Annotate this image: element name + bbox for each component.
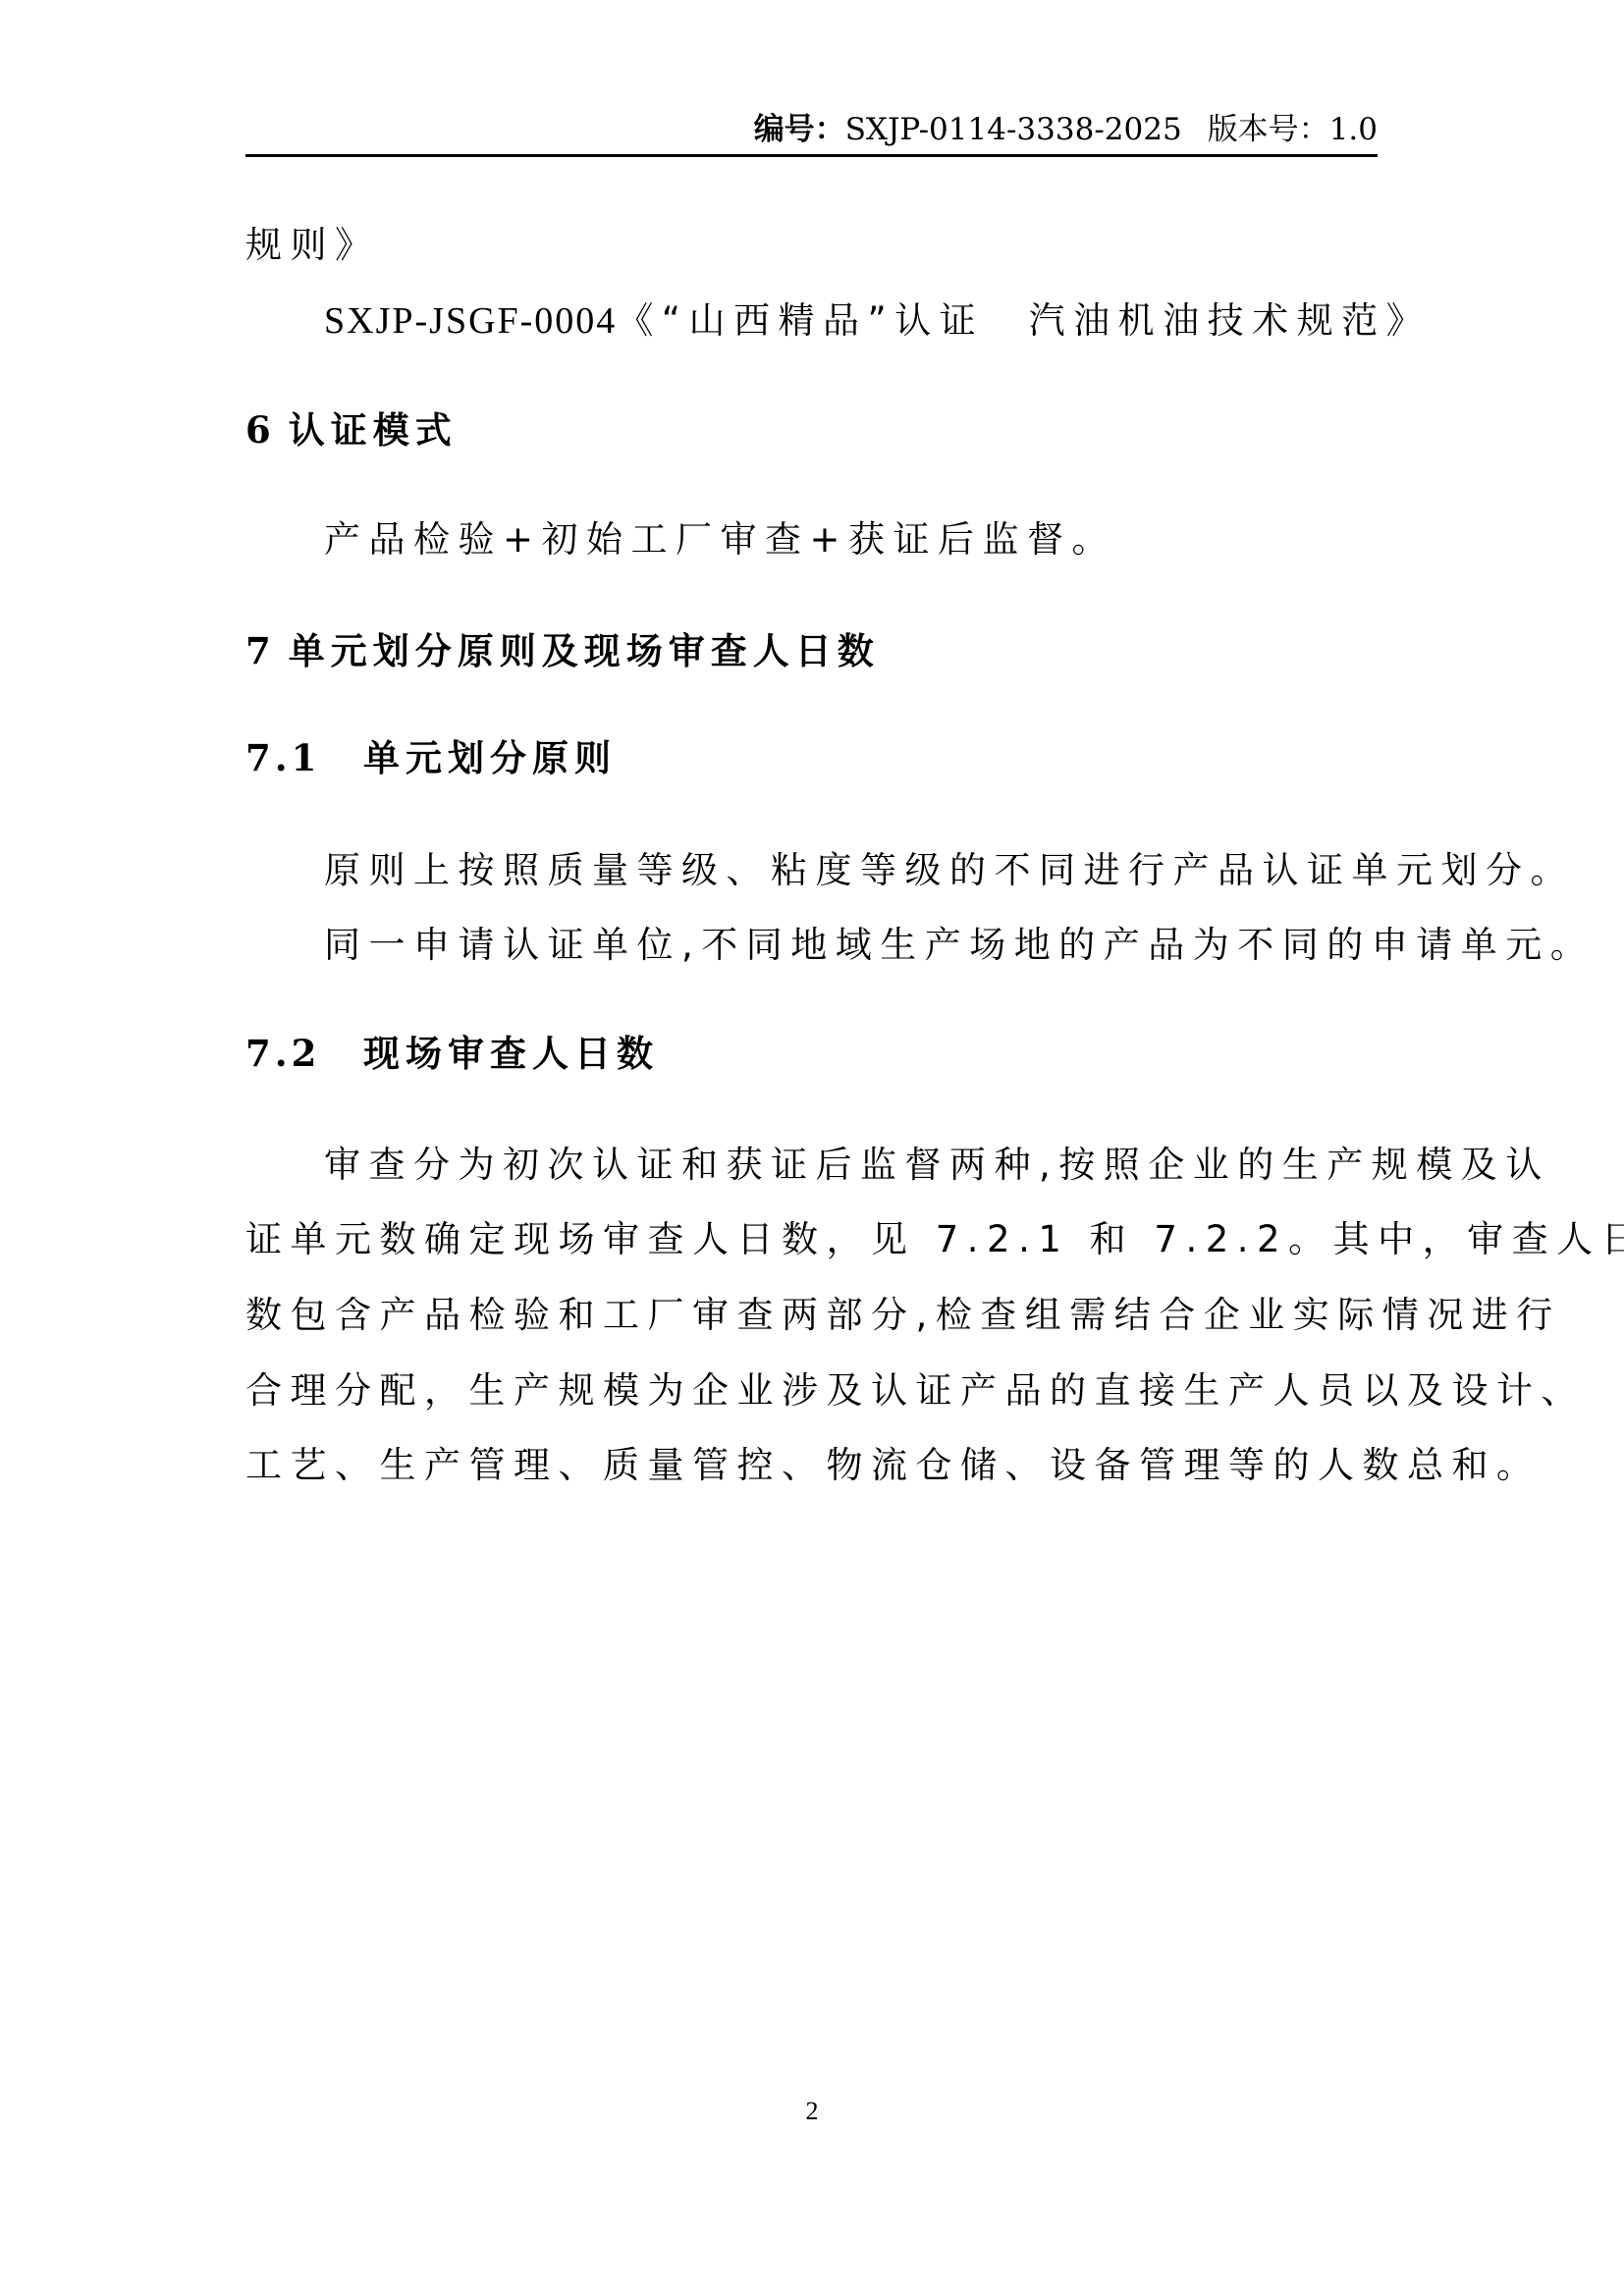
section-7-1-heading: 7.1单元划分原则 xyxy=(245,734,617,782)
continuation-text: 规则》 xyxy=(245,222,380,269)
paragraph-line: 工艺、生产管理、质量管控、物流仓储、设备管理等的人数总和。 xyxy=(245,1442,1542,1489)
paragraph-line: 原则上按照质量等级、粘度等级的不同进行产品认证单元划分。 xyxy=(324,847,1575,894)
section-title: 单元划分原则及现场审查人日数 xyxy=(289,630,880,672)
section-title: 单元划分原则 xyxy=(363,737,617,779)
section-title: 现场审查人日数 xyxy=(363,1033,659,1075)
section-number: 6 xyxy=(245,408,277,452)
section-number: 7.2 xyxy=(245,1030,363,1077)
reference-title: 《“山西精品”认证 汽油机油技术规范》 xyxy=(617,299,1431,342)
section-6-body: 产品检验+初始工厂审查+获证后监督。 xyxy=(324,516,1116,563)
document-code-value: SXJP-0114-3338-2025 xyxy=(845,112,1182,147)
header-divider xyxy=(245,154,1378,157)
paragraph-line: 数包含产品检验和工厂审查两部分,检查组需结合企业实际情况进行 xyxy=(245,1292,1561,1339)
document-code-label: 编号： xyxy=(754,112,845,147)
paragraph-line: 审查分为初次认证和获证后监督两种,按照企业的生产规模及认 xyxy=(324,1142,1550,1189)
paragraph-line: 证单元数确定现场审查人日数，见 7.2.1 和 7.2.2。其中，审查人日 xyxy=(245,1216,1624,1263)
section-number: 7 xyxy=(245,629,277,672)
section-title: 认证模式 xyxy=(289,409,458,452)
page-number: 2 xyxy=(801,2095,823,2128)
page-header: 编号：SXJP-0114-3338-2025版本号：1.0 xyxy=(245,110,1378,153)
section-number: 7.1 xyxy=(245,734,363,781)
reference-code: SXJP-JSGF-0004 xyxy=(324,300,617,342)
version-label: 版本号： xyxy=(1208,112,1329,147)
version-value: 1.0 xyxy=(1329,112,1378,147)
document-page: 编号：SXJP-0114-3338-2025版本号：1.0 规则》 SXJP-J… xyxy=(0,0,1624,2296)
paragraph-line: 同一申请认证单位,不同地域生产场地的产品为不同的申请单元。 xyxy=(324,922,1595,969)
section-7-heading: 7单元划分原则及现场审查人日数 xyxy=(245,627,880,675)
paragraph-line: 合理分配，生产规模为企业涉及认证产品的直接生产人员以及设计、 xyxy=(245,1367,1586,1415)
section-7-2-heading: 7.2现场审查人日数 xyxy=(245,1030,659,1078)
reference-standard: SXJP-JSGF-0004《“山西精品”认证 汽油机油技术规范》 xyxy=(324,297,1431,345)
section-6-heading: 6认证模式 xyxy=(245,406,458,454)
